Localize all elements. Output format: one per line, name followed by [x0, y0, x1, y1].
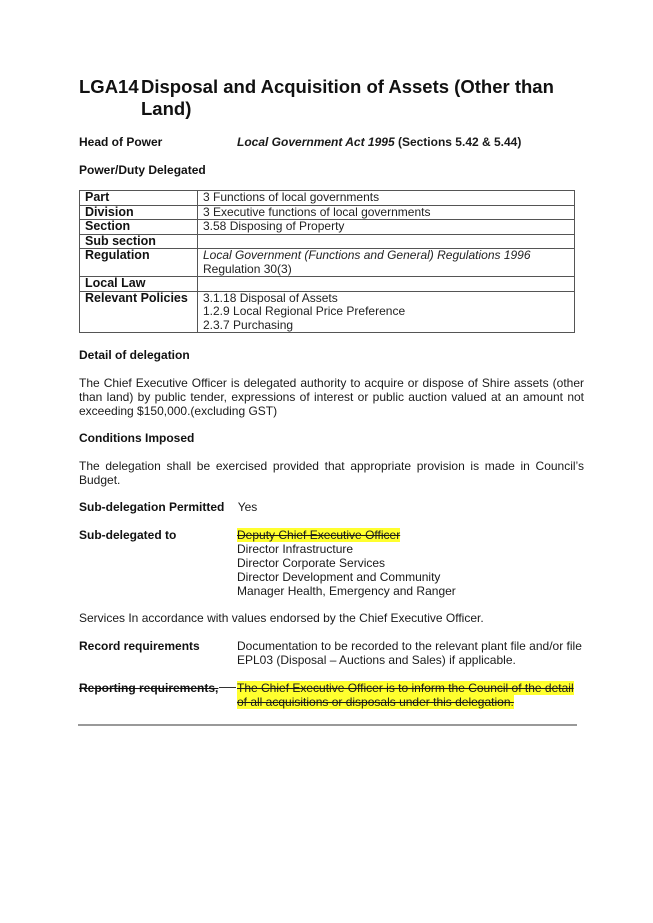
record-requirements-row: Record requirements Documentation to be …: [79, 639, 584, 653]
deleted-item: Deputy Chief Executive Officer: [237, 528, 400, 542]
row-key: Regulation: [80, 249, 198, 277]
row-key: Part: [80, 191, 198, 206]
reporting-requirements-value: The Chief Executive Officer is to inform…: [237, 681, 584, 709]
conditions-text: The delegation shall be exercised provid…: [79, 459, 584, 487]
row-value: 3.1.18 Disposal of Assets 1.2.9 Local Re…: [198, 291, 575, 333]
sub-delegation-value: Yes: [238, 500, 258, 514]
head-of-power-value: Local Government Act 1995 (Sections 5.42…: [237, 135, 584, 149]
record-requirements-label: Record requirements: [79, 639, 200, 653]
delegation-code: LGA14: [79, 76, 139, 98]
row-key: Local Law: [80, 277, 198, 292]
table-row: Regulation Local Government (Functions a…: [80, 249, 575, 277]
list-item: Director Development and Community: [237, 570, 584, 584]
row-value: [198, 234, 575, 249]
table-row: Local Law: [80, 277, 575, 292]
table-row: Section 3.58 Disposing of Property: [80, 220, 575, 235]
table-row: Division 3 Executive functions of local …: [80, 205, 575, 220]
act-name: Local Government Act 1995: [237, 135, 395, 149]
regulation-number: Regulation 30(3): [203, 263, 569, 277]
detail-text: The Chief Executive Officer is delegated…: [79, 376, 584, 418]
list-item: Manager Health, Emergency and Ranger: [237, 584, 584, 598]
table-row: Relevant Policies 3.1.18 Disposal of Ass…: [80, 291, 575, 333]
power-duty-table: Part 3 Functions of local governments Di…: [79, 190, 575, 333]
row-value: Local Government (Functions and General)…: [198, 249, 575, 277]
reporting-requirements-label: Reporting requirements,: [79, 681, 218, 695]
strikethrough-connector: [219, 687, 236, 688]
deleted-text: of all acquisitions or disposals under t…: [237, 695, 514, 709]
table-row: Part 3 Functions of local governments: [80, 191, 575, 206]
sub-delegation-row: Sub-delegation Permitted Yes: [79, 500, 584, 514]
act-sections: (Sections 5.42 & 5.44): [395, 135, 522, 149]
delegation-title: Disposal and Acquisition of Assets (Othe…: [141, 76, 561, 120]
detail-heading: Detail of delegation: [79, 348, 584, 362]
row-value: 3 Executive functions of local governmen…: [198, 205, 575, 220]
list-item: Director Corporate Services: [237, 556, 584, 570]
sub-delegation-label: Sub-delegation Permitted: [79, 500, 224, 514]
policy-item: 1.2.9 Local Regional Price Preference: [203, 305, 569, 319]
sub-delegated-list: Deputy Chief Executive Officer Director …: [237, 528, 584, 598]
row-value: 3.58 Disposing of Property: [198, 220, 575, 235]
policy-item: 3.1.18 Disposal of Assets: [203, 292, 569, 306]
table-row: Sub section: [80, 234, 575, 249]
head-of-power-row: Head of Power Local Government Act 1995 …: [79, 135, 584, 149]
record-requirements-value: Documentation to be recorded to the rele…: [237, 639, 584, 667]
row-key: Sub section: [80, 234, 198, 249]
power-duty-heading: Power/Duty Delegated: [79, 163, 584, 177]
row-key: Relevant Policies: [80, 291, 198, 333]
row-key: Division: [80, 205, 198, 220]
list-item: Director Infrastructure: [237, 542, 584, 556]
sub-delegated-to-label: Sub-delegated to: [79, 528, 176, 542]
row-value: 3 Functions of local governments: [198, 191, 575, 206]
regulation-name: Local Government (Functions and General)…: [203, 249, 569, 263]
deleted-text: The Chief Executive Officer is to inform…: [237, 681, 574, 695]
sub-delegated-to-row: Sub-delegated to Deputy Chief Executive …: [79, 528, 584, 542]
record-line: EPL03 (Disposal – Auctions and Sales) if…: [237, 653, 584, 667]
head-of-power-label: Head of Power: [79, 135, 162, 149]
row-key: Section: [80, 220, 198, 235]
record-line: Documentation to be recorded to the rele…: [237, 639, 584, 653]
reporting-requirements-row: Reporting requirements, The Chief Execut…: [79, 681, 584, 695]
horizontal-rule: [78, 724, 577, 726]
conditions-heading: Conditions Imposed: [79, 431, 584, 445]
services-line: Services In accordance with values endor…: [79, 611, 584, 625]
row-value: [198, 277, 575, 292]
policy-item: 2.3.7 Purchasing: [203, 319, 569, 333]
